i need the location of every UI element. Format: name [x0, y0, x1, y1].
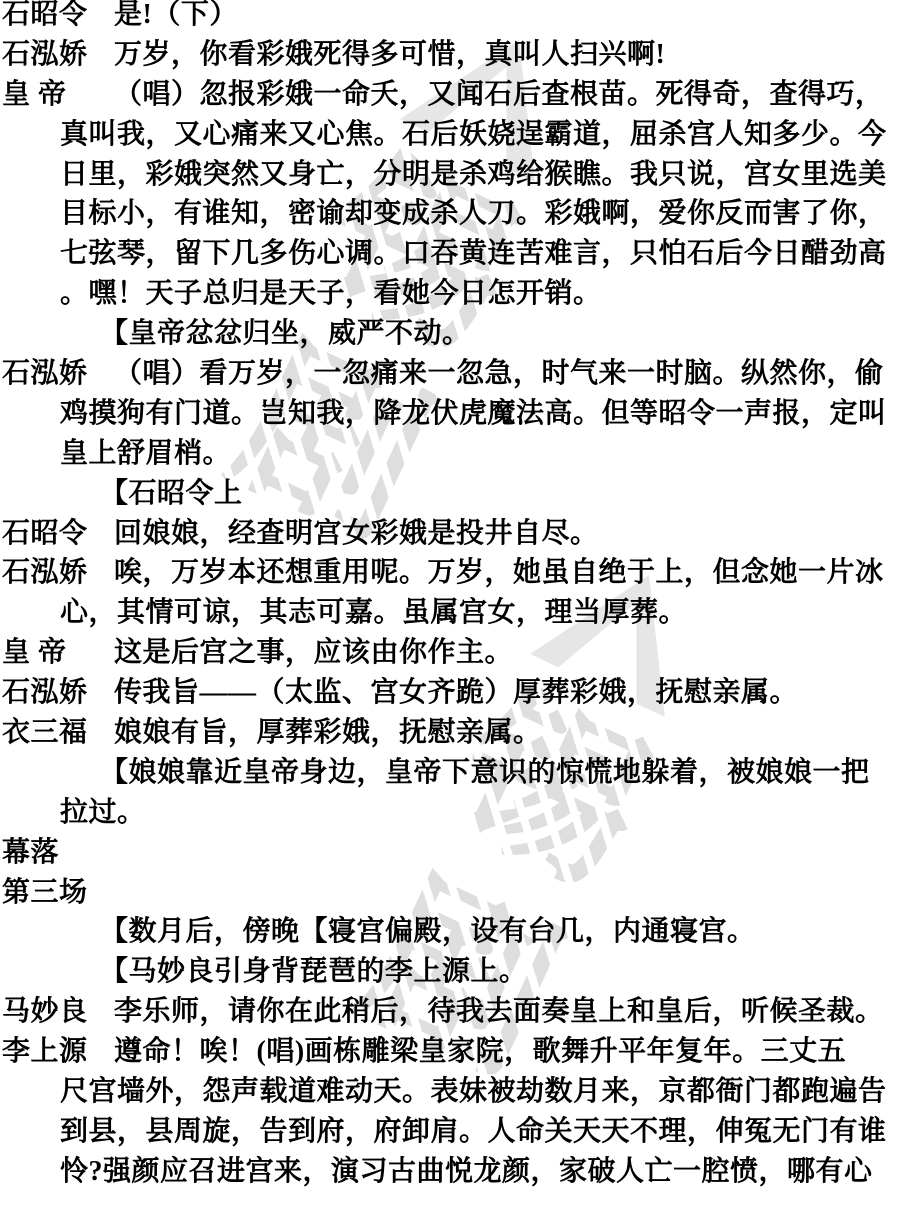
- dialogue-text: （唱）看万岁，一忽痛来一忽急，时气来一时脑。纵然你，偷: [114, 354, 900, 394]
- dialogue-text: 是!（下）: [114, 0, 900, 35]
- speaker-name: 石泓娇: [2, 354, 114, 394]
- dialogue-continuation-line: 拉过。: [2, 793, 900, 833]
- dialogue-text: 李乐师，请你在此稍后，待我去面奏皇上和皇后，听候圣裁。: [114, 992, 900, 1032]
- dialogue-continuation-line: 。嘿！天子总归是天子，看她今日怎开销。: [2, 274, 900, 314]
- dialogue-line: 石泓娇（唱）看万岁，一忽痛来一忽急，时气来一时脑。纵然你，偷: [2, 354, 900, 394]
- dialogue-continuation-line: 皇上舒眉梢。: [2, 434, 900, 474]
- dialogue-line: 石泓娇万岁，你看彩娥死得多可惜，真叫人扫兴啊!: [2, 35, 900, 75]
- dialogue-line: 石昭令回娘娘，经查明宫女彩娥是投井自尽。: [2, 514, 900, 554]
- dialogue-text: 传我旨——（太监、宫女齐跪）厚葬彩娥，抚慰亲属。: [114, 673, 900, 713]
- dialogue-line: 衣三福娘娘有旨，厚葬彩娥，抚慰亲属。: [2, 713, 900, 753]
- dialogue-line: 皇 帝这是后宫之事，应该由你作主。: [2, 633, 900, 673]
- speaker-name: 皇 帝: [2, 75, 114, 115]
- dialogue-continuation-line: 鸡摸狗有门道。岂知我，降龙伏虎魔法高。但等昭令一声报，定叫: [2, 394, 900, 434]
- dialogue-continuation-line: 日里，彩娥突然又身亡，分明是杀鸡给猴瞧。我只说，宫女里选美: [2, 155, 900, 195]
- dialogue-text: 娘娘有旨，厚葬彩娥，抚慰亲属。: [114, 713, 900, 753]
- speaker-name: 石昭令: [2, 0, 114, 35]
- speaker-name: 石泓娇: [2, 673, 114, 713]
- dialogue-line: 石泓娇传我旨——（太监、宫女齐跪）厚葬彩娥，抚慰亲属。: [2, 673, 900, 713]
- dialogue-line: 石昭令是!（下）: [2, 0, 900, 35]
- dialogue-continuation-line: 怜?强颜应召进宫来，演习古曲悦龙颜，家破人亡一腔愤，哪有心: [2, 1152, 900, 1192]
- dialogue-continuation-line: 七弦琴，留下几多伤心调。口吞黄连苦难言，只怕石后今日醋劲高: [2, 234, 900, 274]
- dialogue-line: 石泓娇唉，万岁本还想重用呢。万岁，她虽自绝于上，但念她一片冰: [2, 553, 900, 593]
- dialogue-text: 回娘娘，经查明宫女彩娥是投井自尽。: [114, 514, 900, 554]
- stage-direction-line: 【皇帝忿忿归坐，威严不动。: [2, 314, 900, 354]
- script-page-text: 石昭令是!（下）石泓娇万岁，你看彩娥死得多可惜，真叫人扫兴啊!皇 帝（唱）忽报彩…: [0, 0, 900, 1192]
- stage-direction-line: 【数月后，傍晚【寝宫偏殿，设有台几，内通寝宫。: [2, 912, 900, 952]
- stage-direction-line: 【娘娘靠近皇帝身边，皇帝下意识的惊慌地躲着，被娘娘一把: [2, 753, 900, 793]
- dialogue-text: 唉，万岁本还想重用呢。万岁，她虽自绝于上，但念她一片冰: [114, 553, 900, 593]
- stage-direction-line: 【石昭令上: [2, 474, 900, 514]
- dialogue-line: 马妙良李乐师，请你在此稍后，待我去面奏皇上和皇后，听候圣裁。: [2, 992, 900, 1032]
- scene-heading: 幕落: [2, 833, 900, 873]
- dialogue-continuation-line: 心，其情可谅，其志可嘉。虽属宫女，理当厚葬。: [2, 593, 900, 633]
- speaker-name: 李上源: [2, 1032, 114, 1072]
- speaker-name: 石泓娇: [2, 35, 114, 75]
- dialogue-text: 这是后宫之事，应该由你作主。: [114, 633, 900, 673]
- speaker-name: 衣三福: [2, 713, 114, 753]
- dialogue-text: 遵命！唉！(唱)画栋雕梁皇家院，歌舞升平年复年。三丈五: [114, 1032, 900, 1072]
- dialogue-continuation-line: 真叫我，又心痛来又心焦。石后妖娆逞霸道，屈杀宫人知多少。今: [2, 115, 900, 155]
- dialogue-continuation-line: 到县，县周旋，告到府，府卸肩。人命关天天不理，伸冤无门有谁: [2, 1112, 900, 1152]
- dialogue-text: 万岁，你看彩娥死得多可惜，真叫人扫兴啊!: [114, 35, 900, 75]
- stage-direction-line: 【马妙良引身背琵琶的李上源上。: [2, 952, 900, 992]
- dialogue-line: 李上源遵命！唉！(唱)画栋雕梁皇家院，歌舞升平年复年。三丈五: [2, 1032, 900, 1072]
- dialogue-continuation-line: 目标小，有谁知，密谕却变成杀人刀。彩娥啊，爱你反而害了你，: [2, 194, 900, 234]
- dialogue-text: （唱）忽报彩娥一命夭，又闻石后查根苗。死得奇，查得巧，: [114, 75, 900, 115]
- speaker-name: 皇 帝: [2, 633, 114, 673]
- speaker-name: 马妙良: [2, 992, 114, 1032]
- dialogue-continuation-line: 尺宫墙外，怨声载道难动天。表妹被劫数月来，京都衙门都跑遍告: [2, 1072, 900, 1112]
- speaker-name: 石泓娇: [2, 553, 114, 593]
- dialogue-line: 皇 帝（唱）忽报彩娥一命夭，又闻石后查根苗。死得奇，查得巧，: [2, 75, 900, 115]
- speaker-name: 石昭令: [2, 514, 114, 554]
- scene-heading: 第三场: [2, 873, 900, 913]
